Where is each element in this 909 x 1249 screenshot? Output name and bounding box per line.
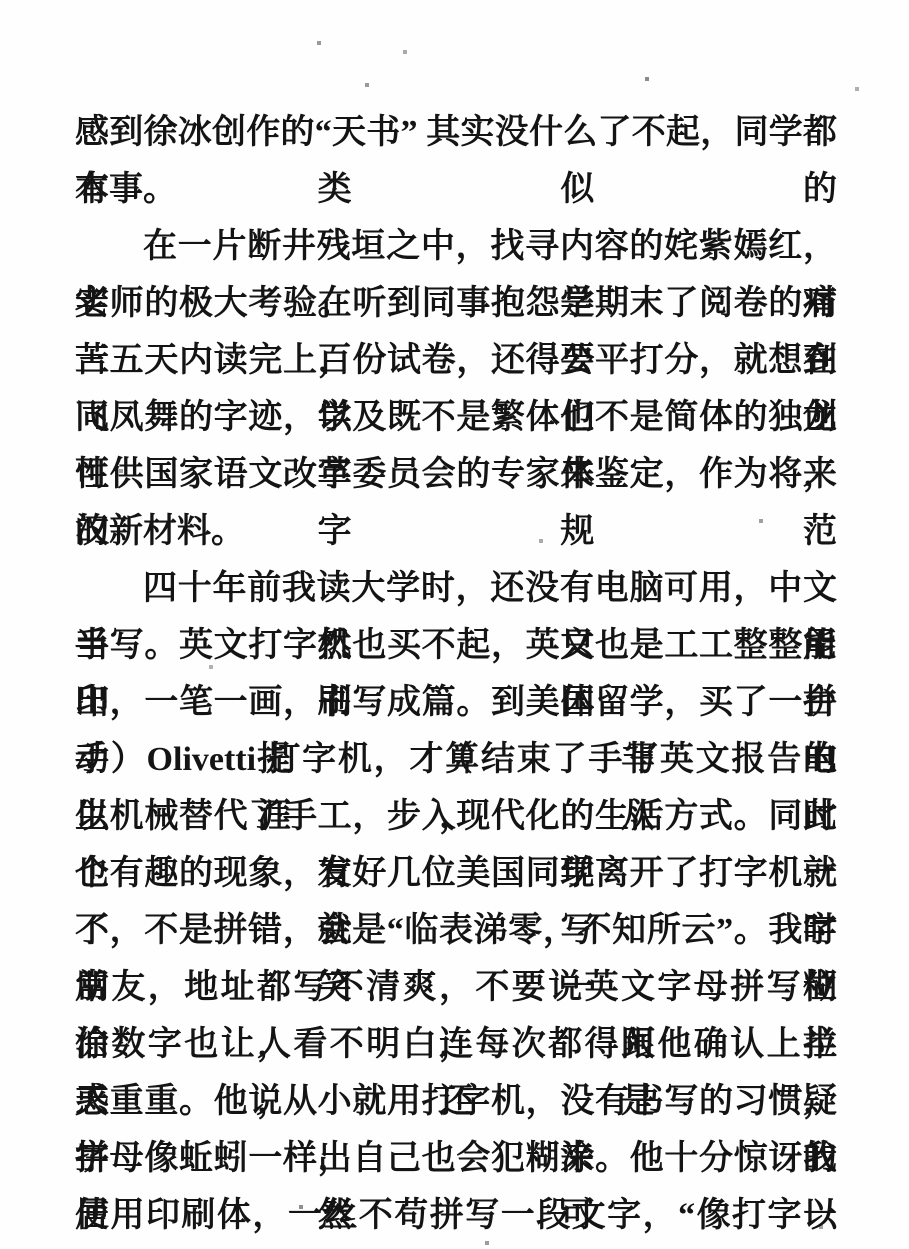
text-line: 可供国家语文改革委员会的专家来鉴定，作为将来汉字规范 [75,446,837,503]
text-line: 字母像蚯蚓一样，自己也会犯糊涂。他十分惊讶我居然可以 [75,1130,837,1187]
text-line: 伯数字也让人看不明白，每次都得跟他确认上半天，还是疑 [75,1016,837,1073]
scanned-book-page: 感到徐冰创作的“天书” 其实没什么了不起，同学都有类似的本事。在一片断井残垣之中… [0,0,909,1249]
text-line: 以机械替代了手工，步入现代化的生活方式。同时也发现一 [75,788,837,845]
text-line: 了，不是拼错，就是“临表涕零，不知所云”。我时常笑一位 [75,902,837,959]
scan-noise-speckles [0,0,2,2]
text-line: 出，一笔一画，书写成篇。到美国留学，买了一台手提（非电 [75,674,837,731]
text-line: 手写。英文打字机也买不起，英文也是工工整整用印刷体拼 [75,617,837,674]
text-line: 四十年前我读大学时，还没有电脑可用，中文当然只能 [75,560,837,617]
text-line: 惑重重。他说从小就用打字机，没有书写的习惯，拼出来的 [75,1073,837,1130]
text-line: 老师的极大考验。听到同事抱怨学期末了阅卷的痛苦，要在 [75,275,837,332]
text-line: 个有趣的现象，有好几位美国同学离开了打字机就不会写字 [75,845,837,902]
text-line: 动）Olivetti 打字机，才算结束了手写英文报告的生涯，从此 [75,731,837,788]
text-line: 在一片断井残垣之中，找寻内容的姹紫嫣红，实在是对 [75,218,837,275]
text-line: 使用印刷体，一丝不苟拼写一段文字，“像打字一样，简直是 [75,1187,837,1244]
text-line: 飞凤舞的字迹，以及既不是繁体也不是简体的独创性字体， [75,389,837,446]
text-line: 感到徐冰创作的“天书” 其实没什么了不起，同学都有类似的 [75,104,837,161]
text-line: 三五天内读完上百份试卷，还得公平打分，就想到同学们龙 [75,332,837,389]
body-text-block: 感到徐冰创作的“天书” 其实没什么了不起，同学都有类似的本事。在一片断井残垣之中… [75,104,837,1244]
text-line: 朋友，地址都写不清爽，不要说英文字母拼写糊涂，连阿拉 [75,959,837,1016]
